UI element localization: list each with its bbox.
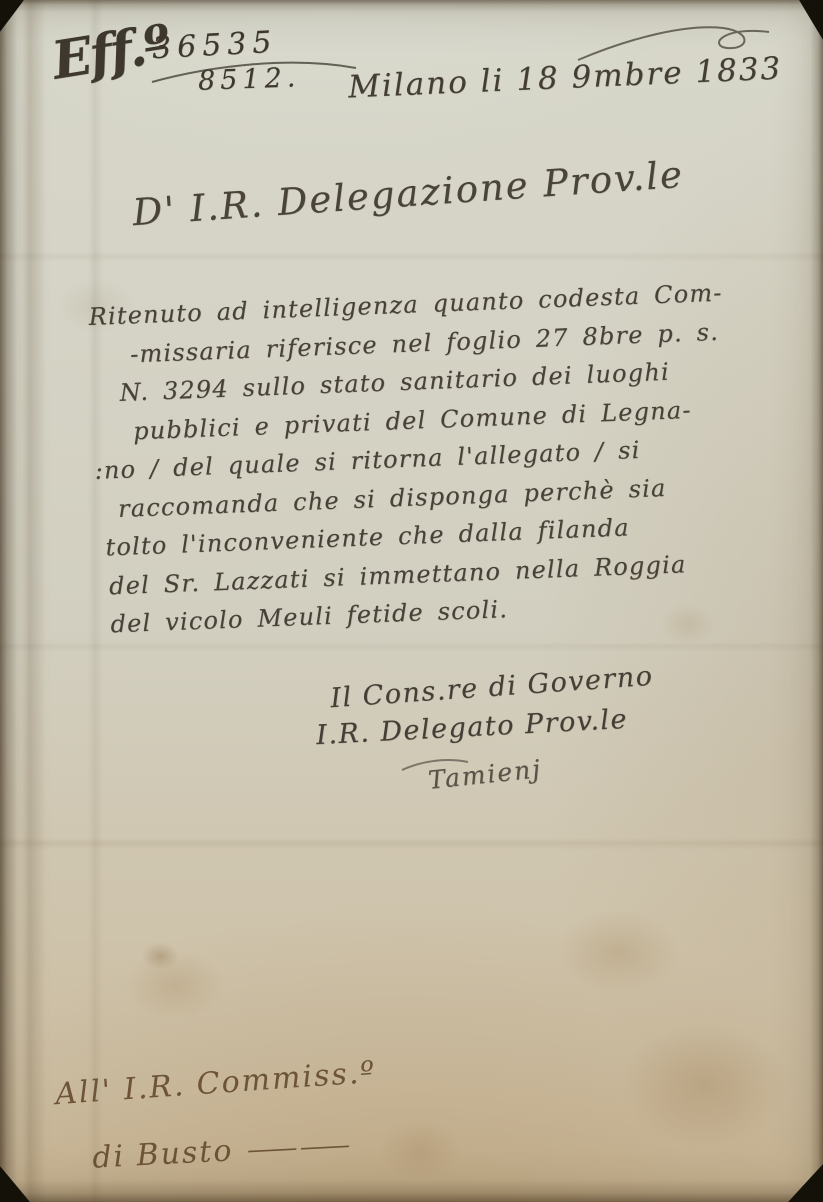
secondary-number: 8512. <box>197 62 300 97</box>
recipient-office-line: D' I.R. Delegazione Prov.le <box>131 153 685 234</box>
protocol-number: 36535 <box>151 25 278 67</box>
photographed-manuscript: Eff.º 36535 8512. Milano li 18 9mbre 183… <box>0 0 823 1202</box>
dateline: Milano li 18 9mbre 1833 <box>347 51 783 106</box>
paper-sheet: Eff.º 36535 8512. Milano li 18 9mbre 183… <box>0 0 823 1202</box>
signature: Tamienj <box>427 754 543 795</box>
footer-address-line2: di Busto ⸺⸺ <box>91 1119 351 1176</box>
body-paragraph: Ritenuto ad intelligenza quanto codesta … <box>88 271 801 644</box>
footer-address-line1: All' I.R. Commiss.º <box>54 1055 377 1112</box>
